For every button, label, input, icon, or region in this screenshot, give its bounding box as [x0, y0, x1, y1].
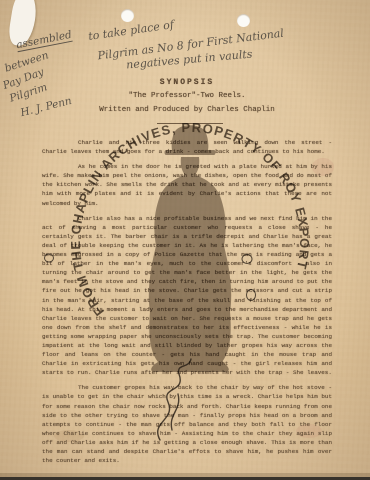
synopsis-paragraph: Charlie and his three kiddies are seen w… [42, 138, 332, 156]
punch-hole-right [237, 14, 250, 27]
synopsis-paragraph: Charlie also has a nice profitable busin… [42, 214, 332, 378]
document-page: assembled between Pay Day Pilgrim H. J. … [0, 0, 370, 480]
synopsis-paragraph: The customer gropes his way back to the … [42, 383, 332, 465]
top-note-line-1: to take place of [88, 18, 175, 43]
punch-hole-left [121, 9, 134, 22]
byline: Written and Produced by Charles Chaplin [42, 106, 332, 114]
film-title: "The Professor"-Two Reels. [42, 92, 332, 100]
title-rule [157, 123, 223, 124]
synopsis-title: SYNOPSIS [42, 78, 332, 87]
synopsis-body: Charlie and his three kiddies are seen w… [42, 138, 332, 471]
synopsis-paragraph: As he comes in the door he is greeted wi… [42, 162, 332, 207]
